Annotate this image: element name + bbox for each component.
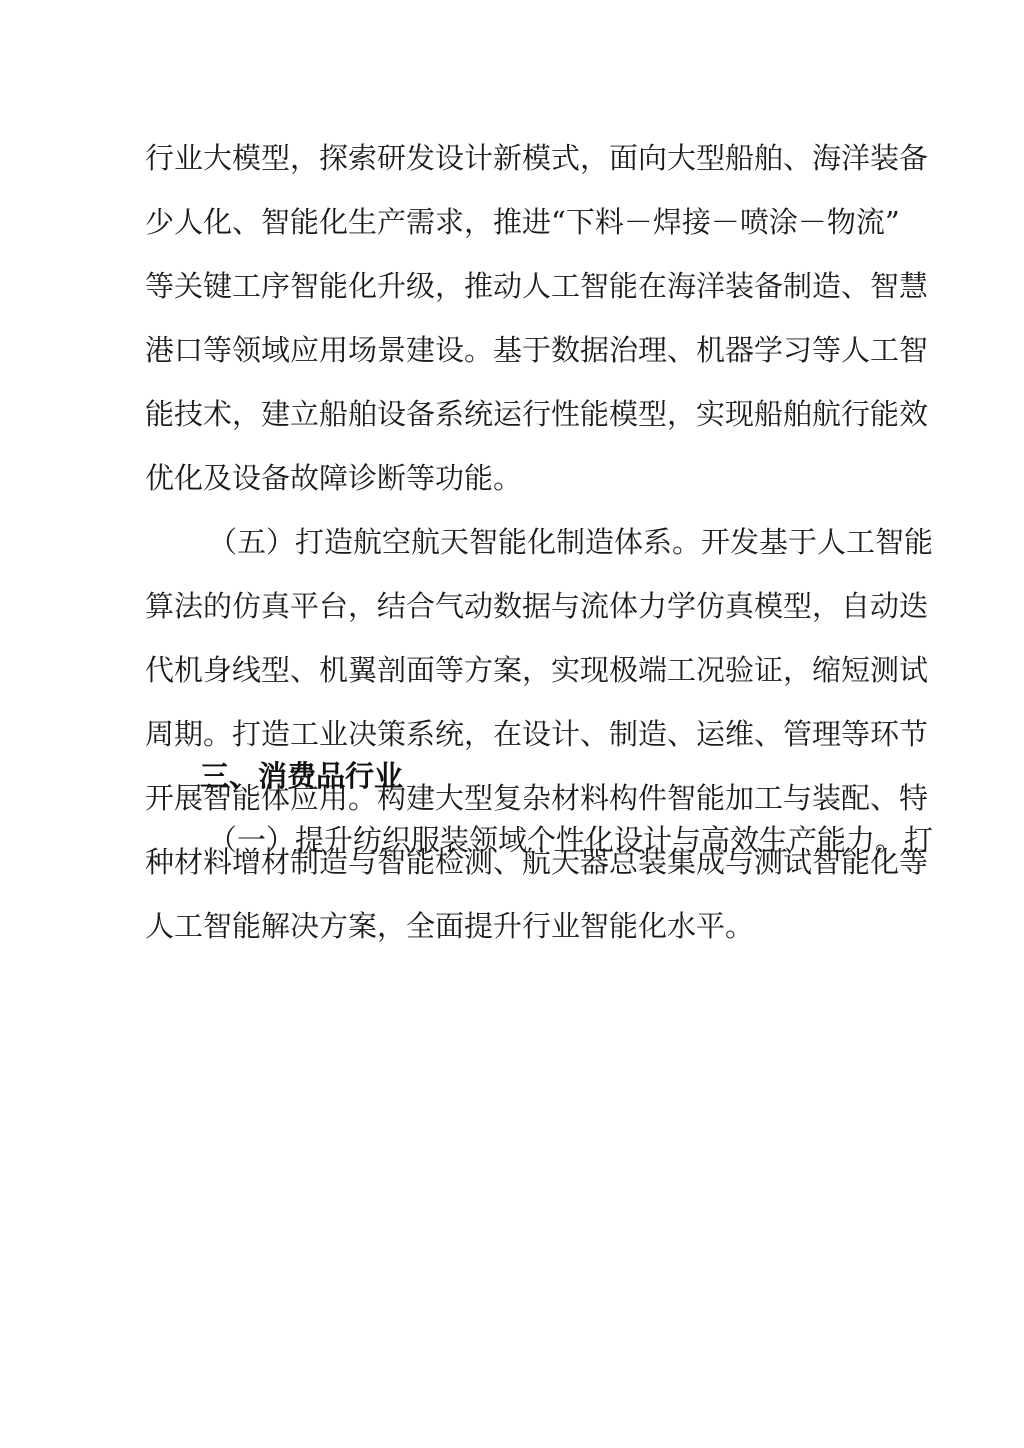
body-line: 能技术，建立船舶设备系统运行性能模型，实现船舶航行能效 — [145, 394, 881, 434]
subsection-title-line: （五）打造航空航天智能化制造体系。开发基于人工智能 — [208, 522, 881, 562]
body-line: 代机身线型、机翼剖面等方案，实现极端工况验证，缩短测试 — [145, 650, 881, 690]
subsection-title-line: （一）提升纺织服装领域个性化设计与高效生产能力。打 — [208, 820, 881, 860]
body-line: 等关键工序智能化升级，推动人工智能在海洋装备制造、智慧 — [145, 266, 881, 306]
body-line: 行业大模型，探索研发设计新模式，面向大型船舶、海洋装备 — [145, 138, 881, 178]
body-line: 周期。打造工业决策系统，在设计、制造、运维、管理等环节 — [145, 714, 881, 754]
section-heading: 三、消费品行业 — [200, 756, 403, 796]
body-line: 优化及设备故障诊断等功能。 — [145, 458, 881, 498]
body-line: 少人化、智能化生产需求，推进“下料－焊接－喷涂－物流” — [145, 202, 881, 242]
body-line: 算法的仿真平台，结合气动数据与流体力学仿真模型，自动迭 — [145, 586, 881, 626]
document-page: 行业大模型，探索研发设计新模式，面向大型船舶、海洋装备 少人化、智能化生产需求，… — [0, 0, 1024, 1448]
body-line: 人工智能解决方案，全面提升行业智能化水平。 — [145, 906, 881, 946]
body-line: 港口等领域应用场景建设。基于数据治理、机器学习等人工智 — [145, 330, 881, 370]
